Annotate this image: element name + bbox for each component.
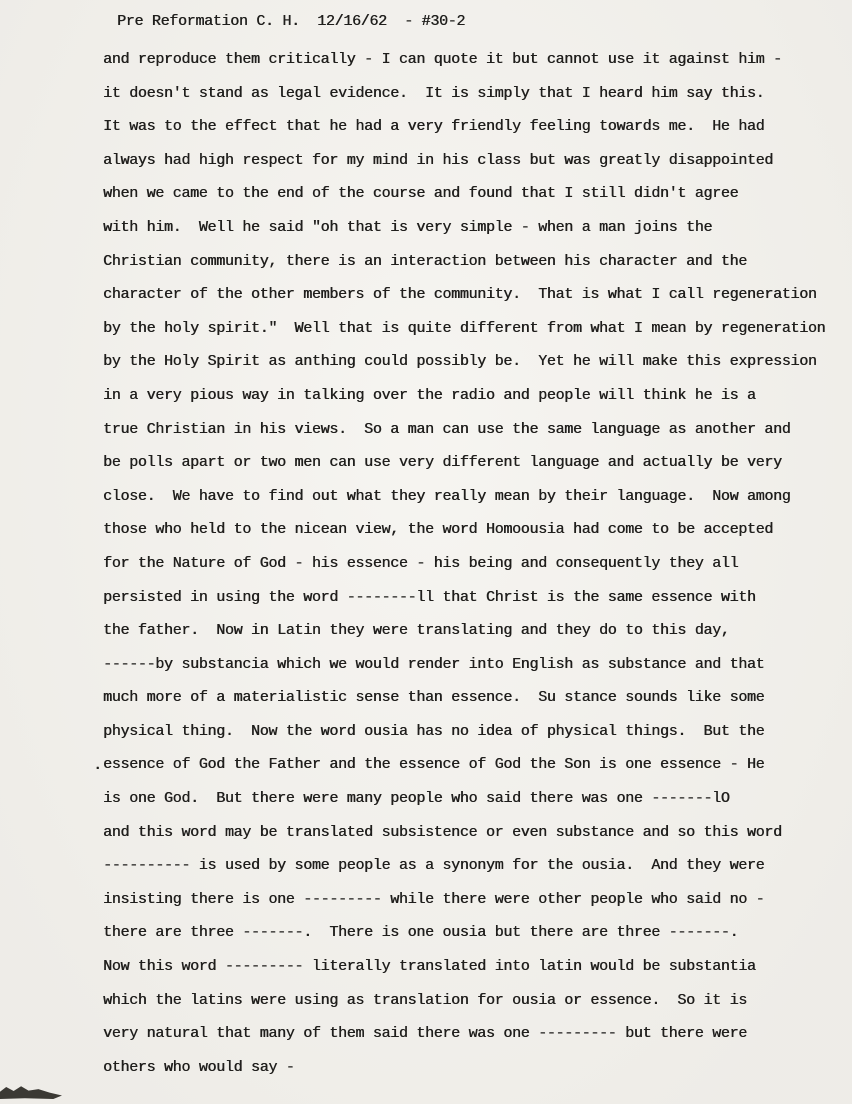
- text-line: others who would say -: [103, 1051, 825, 1085]
- text-line: insisting there is one --------- while t…: [103, 883, 825, 917]
- text-line: and reproduce them critically - I can qu…: [103, 43, 825, 77]
- text-line: always had high respect for my mind in h…: [103, 144, 825, 178]
- text-line: be polls apart or two men can use very d…: [103, 446, 825, 480]
- text-line: very natural that many of them said ther…: [103, 1017, 825, 1051]
- text-line: those who held to the nicean view, the w…: [103, 513, 825, 547]
- text-line: the father. Now in Latin they were trans…: [103, 614, 825, 648]
- text-line: true Christian in his views. So a man ca…: [103, 413, 825, 447]
- text-line: for the Nature of God - his essence - hi…: [103, 547, 825, 581]
- text-line: by the holy spirit." Well that is quite …: [103, 312, 825, 346]
- text-line: which the latins were using as translati…: [103, 984, 825, 1018]
- text-line: Christian community, there is an interac…: [103, 245, 825, 279]
- text-line: character of the other members of the co…: [103, 278, 825, 312]
- text-line: ---------- is used by some people as a s…: [103, 849, 825, 883]
- text-line: much more of a materialistic sense than …: [103, 681, 825, 715]
- ink-smudge-mark: [0, 1083, 62, 1099]
- text-line: ------by substancia which we would rende…: [103, 648, 825, 682]
- document-body: and reproduce them critically - I can qu…: [103, 43, 825, 1084]
- stray-margin-mark: .: [93, 756, 102, 776]
- page-title: Pre Reformation C. H. 12/16/62 - #30-2: [117, 13, 465, 30]
- text-line: there are three -------. There is one ou…: [103, 916, 825, 950]
- scanned-typewritten-page: Pre Reformation C. H. 12/16/62 - #30-2 .…: [0, 0, 852, 1104]
- text-line: Now this word --------- literally transl…: [103, 950, 825, 984]
- text-line: is one God. But there were many people w…: [103, 782, 825, 816]
- text-line: persisted in using the word --------ll t…: [103, 581, 825, 615]
- text-line: physical thing. Now the word ousia has n…: [103, 715, 825, 749]
- text-line: close. We have to find out what they rea…: [103, 480, 825, 514]
- text-line: in a very pious way in talking over the …: [103, 379, 825, 413]
- text-line: and this word may be translated subsiste…: [103, 816, 825, 850]
- text-line: essence of God the Father and the essenc…: [103, 748, 825, 782]
- text-line: with him. Well he said "oh that is very …: [103, 211, 825, 245]
- text-line: when we came to the end of the course an…: [103, 177, 825, 211]
- text-line: It was to the effect that he had a very …: [103, 110, 825, 144]
- text-line: it doesn't stand as legal evidence. It i…: [103, 77, 825, 111]
- text-line: by the Holy Spirit as anthing could poss…: [103, 345, 825, 379]
